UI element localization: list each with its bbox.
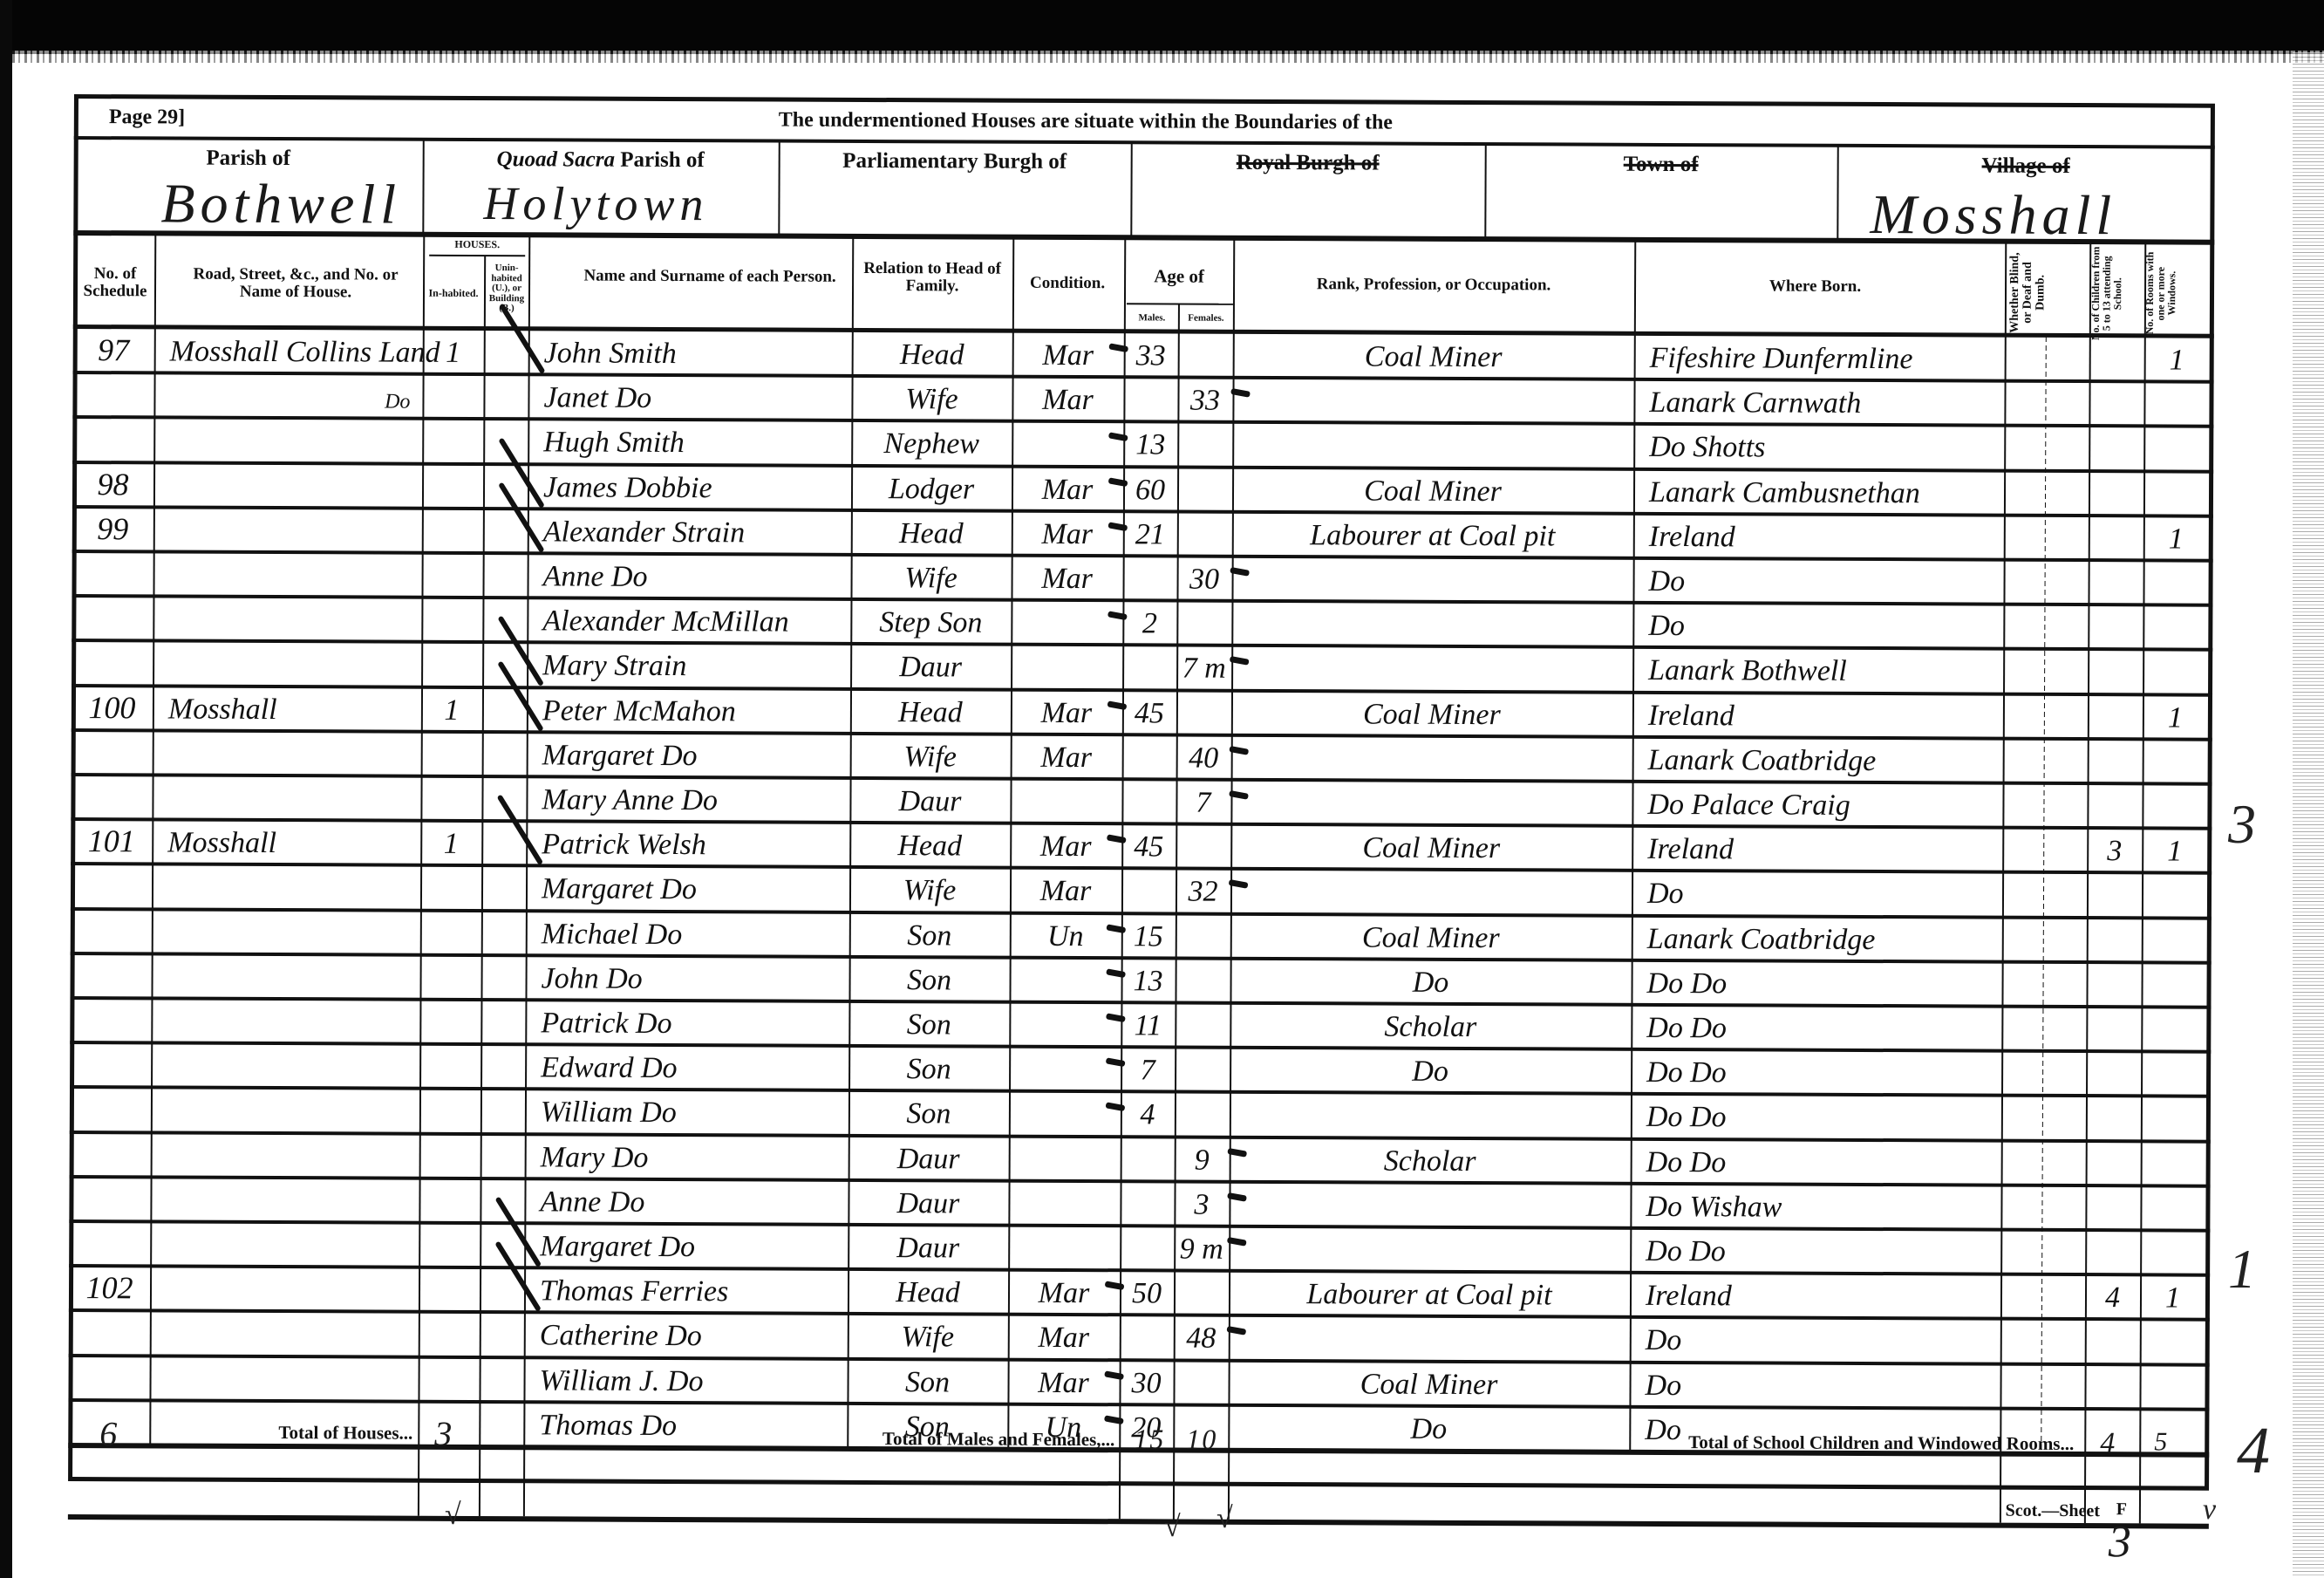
cell-relation: Son xyxy=(848,1046,1009,1090)
cell-road xyxy=(166,1267,419,1311)
cell-inhabited xyxy=(419,1089,480,1132)
cell-rooms xyxy=(2140,1320,2205,1363)
cell-occupation: Labourer at Coal pit xyxy=(1229,1271,1630,1316)
cell-rooms xyxy=(2140,1185,2205,1229)
cell-occupation: Scholar xyxy=(1230,1003,1631,1049)
boundary-parish-value: Bothwell xyxy=(160,171,401,236)
cell-female-age: 3 xyxy=(1174,1181,1229,1225)
cell-born: Lanark Bothwell xyxy=(1648,647,2003,693)
cell-name: William J. Do xyxy=(539,1357,847,1403)
cell-occupation: Coal Miner xyxy=(1232,467,1633,512)
cell-name: Margaret Do xyxy=(540,1223,848,1268)
cell-occupation xyxy=(1230,780,1632,825)
cell-inhabited: 1 xyxy=(423,330,484,373)
cell-born: Do Do xyxy=(1646,1049,2001,1095)
cell-male-age xyxy=(1123,377,1177,420)
cell-born: Do xyxy=(1646,1317,2000,1363)
cell-inhabited xyxy=(421,732,482,775)
cell-children xyxy=(2089,516,2143,559)
cell-male-age xyxy=(1122,734,1176,778)
cell-female-age: 40 xyxy=(1176,734,1231,778)
cell-rooms xyxy=(2141,1096,2206,1140)
cell-female-age xyxy=(1173,1360,1228,1404)
cell-inhabited xyxy=(422,463,483,507)
cell-schedule xyxy=(69,1177,150,1220)
cell-schedule xyxy=(71,909,152,953)
col-header-females: Females. xyxy=(1179,314,1233,324)
cell-schedule xyxy=(72,640,153,684)
cell-relation: Head xyxy=(849,823,1010,867)
cell-inhabited xyxy=(419,1223,480,1267)
boundary-parish-label: Parish of xyxy=(74,147,423,171)
totals-schedules: 6 xyxy=(99,1413,119,1454)
col-header-name: Name and Surname of each Person. xyxy=(562,267,858,285)
cell-children xyxy=(2089,337,2144,380)
cell-female-age: 32 xyxy=(1176,869,1230,912)
cell-occupation xyxy=(1230,869,1632,914)
cell-rooms xyxy=(2140,1230,2205,1274)
cell-name: Edward Do xyxy=(541,1045,848,1090)
cell-rooms xyxy=(2143,427,2209,470)
cell-name: Anne Do xyxy=(540,1178,848,1224)
cell-condition: Mar xyxy=(1012,466,1123,510)
cell-condition: Mar xyxy=(1011,556,1122,600)
cell-children xyxy=(2086,1007,2141,1050)
cell-condition xyxy=(1009,1047,1121,1091)
boundary-quoad-sacra-label: Quoad Sacra Parish of xyxy=(423,148,779,173)
cell-condition: Mar xyxy=(1008,1315,1120,1359)
cell-schedule: 97 xyxy=(73,328,154,372)
cell-road: Do xyxy=(169,373,422,418)
cell-children xyxy=(2088,560,2143,604)
cell-female-age xyxy=(1175,1003,1230,1047)
cell-schedule xyxy=(70,998,151,1042)
cell-male-age: 45 xyxy=(1122,690,1176,734)
cell-schedule xyxy=(71,864,152,907)
cell-name: Alexander McMillan xyxy=(542,598,850,644)
cell-road xyxy=(167,1088,419,1132)
cell-female-age xyxy=(1176,690,1231,734)
cell-schedule xyxy=(72,417,153,461)
cell-road xyxy=(167,1043,419,1088)
cell-children xyxy=(2086,962,2141,1006)
cell-occupation xyxy=(1232,378,1633,423)
cell-inhabited xyxy=(422,509,483,552)
cell-children xyxy=(2084,1364,2139,1408)
cell-condition: Mar xyxy=(1012,377,1123,421)
cell-name: Michael Do xyxy=(542,911,849,956)
cell-born: Ireland xyxy=(1649,514,2004,559)
cell-schedule: 98 xyxy=(72,462,153,506)
cell-occupation xyxy=(1231,735,1632,781)
cell-road xyxy=(168,730,421,775)
cell-children xyxy=(2086,1051,2141,1095)
boundary-parliamentary-burgh-label: Parliamentary Burgh of xyxy=(779,150,1131,174)
cell-inhabited xyxy=(421,598,482,641)
cell-rooms xyxy=(2143,605,2208,649)
cell-name: James Dobbie xyxy=(543,464,851,509)
cell-female-age: 7 m xyxy=(1176,646,1231,689)
cell-schedule: 99 xyxy=(72,507,153,550)
cell-rooms xyxy=(2139,1409,2205,1452)
cell-rooms xyxy=(2141,1052,2206,1096)
cell-road xyxy=(167,909,420,953)
col-header-occupation: Rank, Profession, or Occupation. xyxy=(1233,276,1634,295)
cell-condition xyxy=(1008,1180,1120,1225)
cell-name: Patrick Do xyxy=(541,1000,848,1045)
cell-inhabited xyxy=(419,1044,480,1088)
cell-schedule xyxy=(71,775,152,818)
margin-note-totals: 4 xyxy=(2237,1413,2270,1489)
cell-children: 4 xyxy=(2085,1274,2140,1318)
cell-female-age xyxy=(1177,422,1232,466)
scan-left-edge xyxy=(0,0,12,1578)
cell-road: Mosshall xyxy=(168,686,421,730)
cell-name: Alexander Strain xyxy=(543,509,851,554)
cell-female-age: 9 m xyxy=(1174,1226,1229,1270)
col-header-condition: Condition. xyxy=(1015,275,1120,292)
cell-occupation xyxy=(1231,601,1632,646)
cell-road xyxy=(166,1221,419,1266)
cell-schedule xyxy=(70,1132,151,1176)
cell-relation: Wife xyxy=(849,867,1010,912)
col-header-road: Road, Street, &c., and No. or Name of Ho… xyxy=(187,266,405,302)
cell-male-age xyxy=(1121,779,1176,823)
cell-occupation: Do xyxy=(1230,959,1631,1004)
cell-road xyxy=(169,418,422,462)
cell-road xyxy=(167,775,420,819)
cell-name: Janet Do xyxy=(543,375,851,420)
cell-occupation xyxy=(1230,1092,1631,1137)
cell-children: 3 xyxy=(2087,828,2142,871)
cell-children xyxy=(2088,739,2143,782)
cell-born: Do xyxy=(1648,558,2003,604)
tick-males: √ xyxy=(1164,1511,1181,1544)
cell-female-age xyxy=(1175,958,1230,1001)
cell-road xyxy=(165,1356,418,1400)
cell-relation: Wife xyxy=(848,1314,1008,1358)
cell-inhabited xyxy=(422,374,483,418)
cell-relation: Son xyxy=(849,912,1010,956)
cell-inhabited xyxy=(420,910,481,953)
cell-male-age: 2 xyxy=(1122,600,1176,644)
margin-note-row101: 3 xyxy=(2228,792,2256,857)
cell-rooms xyxy=(2143,471,2209,515)
cell-relation: Wife xyxy=(851,376,1012,420)
cell-name: Mary Strain xyxy=(542,643,850,688)
cell-road xyxy=(168,641,421,686)
col-header-houses: HOUSES. xyxy=(425,239,529,250)
cell-road xyxy=(169,507,422,551)
cell-schedule xyxy=(72,730,153,774)
totals-bottom-rule xyxy=(68,1514,2209,1529)
cell-condition: Mar xyxy=(1012,510,1123,555)
cell-road: Mosshall Collins Land xyxy=(170,328,423,372)
cell-condition: Mar xyxy=(1007,1359,1119,1404)
cell-condition xyxy=(1010,779,1121,823)
cell-children xyxy=(2085,1185,2140,1229)
cell-occupation: Coal Miner xyxy=(1230,913,1632,959)
cell-inhabited xyxy=(419,955,480,999)
cell-occupation: Coal Miner xyxy=(1228,1360,1629,1405)
cell-condition: Mar xyxy=(1011,689,1122,734)
cell-born: Do xyxy=(1647,871,2002,916)
cell-rooms: 1 xyxy=(2143,694,2208,738)
cell-schedule xyxy=(70,1087,151,1131)
cell-relation: Daur xyxy=(848,1180,1008,1225)
cell-name: Anne Do xyxy=(542,553,850,598)
cell-male-age xyxy=(1120,1315,1174,1359)
cell-female-age: 30 xyxy=(1176,557,1231,600)
page-label: Page 29] xyxy=(109,106,185,129)
cell-relation: Daur xyxy=(849,778,1010,823)
cell-rooms: 1 xyxy=(2143,516,2209,559)
cell-condition xyxy=(1009,1002,1121,1047)
cell-male-age: 60 xyxy=(1123,467,1177,510)
cell-born: Lanark Coatbridge xyxy=(1648,737,2003,782)
cell-name: Margaret Do xyxy=(542,866,849,912)
boundary-town-label: Town of xyxy=(1485,153,1837,177)
cell-male-age xyxy=(1122,556,1176,599)
tick-houses: √ xyxy=(445,1499,461,1532)
cell-rooms xyxy=(2143,560,2208,604)
cell-condition: Mar xyxy=(1008,1270,1120,1315)
cell-rooms xyxy=(2142,918,2207,961)
cell-condition xyxy=(1009,957,1121,1001)
margin-note-row102: 1 xyxy=(2228,1237,2256,1301)
totals-females-value: 10 xyxy=(1186,1424,1217,1456)
cell-relation: Son xyxy=(848,1001,1009,1046)
cell-female-age: 33 xyxy=(1177,378,1232,421)
tick-females: √ xyxy=(1217,1502,1233,1535)
quoad-sacra-prefix: Quoad Sacra xyxy=(497,147,616,172)
cell-born: Do Palace Craig xyxy=(1647,782,2002,827)
cell-schedule: 102 xyxy=(69,1266,150,1309)
col-header-born: Where Born. xyxy=(1634,277,1996,297)
cell-born: Do xyxy=(1648,603,2003,648)
cell-condition: Mar xyxy=(1011,734,1122,778)
cell-relation: Daur xyxy=(850,644,1011,688)
scan-right-edge-noise xyxy=(2293,52,2324,1578)
cell-male-age: 7 xyxy=(1121,1047,1175,1090)
cell-male-age: 50 xyxy=(1120,1270,1174,1314)
col-header-schedule: No. of Schedule xyxy=(77,265,153,300)
cell-male-age: 13 xyxy=(1121,958,1175,1001)
cell-male-age: 15 xyxy=(1121,913,1176,957)
quoad-sacra-suffix: Parish of xyxy=(620,148,705,172)
cell-rooms: 1 xyxy=(2140,1275,2205,1319)
totals-males-value: 15 xyxy=(1134,1423,1165,1455)
cell-rooms: 1 xyxy=(2142,829,2207,872)
cell-male-age xyxy=(1122,646,1176,689)
cell-male-age xyxy=(1120,1181,1174,1225)
cell-children xyxy=(2089,426,2143,469)
cell-condition: Un xyxy=(1010,912,1121,957)
cell-condition: Mar xyxy=(1010,823,1121,868)
cell-occupation xyxy=(1229,1315,1630,1361)
cell-name: Catherine Do xyxy=(540,1313,848,1358)
cell-female-age: 48 xyxy=(1174,1315,1229,1359)
totals-houses-value: 3 xyxy=(434,1413,453,1454)
cell-children xyxy=(2086,1141,2141,1185)
cell-relation: Nephew xyxy=(851,420,1012,465)
cell-occupation xyxy=(1232,422,1633,468)
cell-road xyxy=(167,864,420,909)
cell-rooms xyxy=(2143,739,2208,782)
cell-occupation: Coal Miner xyxy=(1233,333,1634,379)
cell-female-age xyxy=(1176,601,1231,645)
cell-occupation: Coal Miner xyxy=(1230,824,1632,870)
cell-male-age: 21 xyxy=(1123,511,1177,555)
cell-inhabited xyxy=(422,419,483,462)
cell-male-age: 11 xyxy=(1121,1002,1175,1046)
boundary-quoad-sacra-value: Holytown xyxy=(483,176,708,231)
scan-top-edge xyxy=(0,0,2324,54)
totals-children-value: 4 xyxy=(2100,1427,2116,1460)
col-header-males: Males. xyxy=(1127,313,1177,324)
cell-male-age: 45 xyxy=(1121,823,1176,867)
cell-relation: Daur xyxy=(848,1135,1009,1179)
totals-houses-label: Total of Houses... xyxy=(151,1422,412,1442)
cell-relation: Daur xyxy=(848,1225,1008,1269)
cell-born: Do Shotts xyxy=(1649,424,2004,469)
cell-born: Do Wishaw xyxy=(1646,1184,2000,1229)
cell-female-age xyxy=(1178,333,1233,377)
cell-children xyxy=(2086,1096,2141,1139)
cell-road xyxy=(168,597,421,641)
cell-relation: Lodger xyxy=(851,465,1012,509)
cell-occupation xyxy=(1231,557,1632,602)
cell-name: John Do xyxy=(541,955,848,1001)
col-header-inhabited: In-habited. xyxy=(424,288,483,299)
cell-children xyxy=(2087,872,2142,916)
cell-male-age xyxy=(1121,1137,1175,1180)
cell-male-age: 33 xyxy=(1124,332,1178,376)
cell-rooms xyxy=(2141,1141,2206,1185)
cell-inhabited xyxy=(421,642,482,686)
cell-schedule xyxy=(72,551,153,595)
cell-male-age: 30 xyxy=(1119,1360,1173,1404)
cell-male-age xyxy=(1120,1226,1174,1269)
cell-relation: Son xyxy=(848,1090,1009,1135)
cell-relation: Head xyxy=(852,331,1012,376)
scan-edge-noise xyxy=(0,51,2324,63)
cell-schedule xyxy=(69,1310,150,1354)
cell-born: Do Do xyxy=(1646,1094,2001,1139)
cell-road xyxy=(167,998,419,1042)
cell-occupation: Do xyxy=(1230,1048,1631,1093)
cell-schedule xyxy=(68,1356,149,1399)
cell-name: Peter McMahon xyxy=(542,687,850,733)
boundary-village-label: Village of xyxy=(1837,154,2215,179)
cell-inhabited xyxy=(421,553,482,597)
cell-schedule xyxy=(70,953,151,997)
cell-condition xyxy=(1009,1136,1121,1180)
cell-born: Do Do xyxy=(1646,960,2001,1006)
cell-condition xyxy=(1011,645,1122,689)
col-header-relation: Relation to Head of Family. xyxy=(858,260,1006,296)
cell-children xyxy=(2088,694,2143,738)
cell-female-age xyxy=(1177,467,1232,510)
cell-rooms xyxy=(2141,962,2206,1006)
col-header-uninhabited: Unin-habited (U.), or Building (B.) xyxy=(485,263,528,314)
cell-children xyxy=(2089,471,2143,515)
cell-male-age xyxy=(1121,869,1176,912)
cell-inhabited xyxy=(419,1133,480,1177)
cell-road xyxy=(167,1132,419,1177)
cell-schedule xyxy=(72,596,153,639)
cell-relation: Son xyxy=(847,1358,1007,1403)
cell-born: Ireland xyxy=(1647,826,2002,871)
totals-school-label: Total of School Children and Windowed Ro… xyxy=(1498,1431,2074,1453)
cell-children xyxy=(2085,1230,2140,1274)
cell-name: Patrick Welsh xyxy=(542,822,849,867)
cell-born: Do Do xyxy=(1646,1228,2000,1274)
cell-relation: Step Son xyxy=(850,599,1011,644)
cell-name: Thomas Ferries xyxy=(540,1268,848,1314)
cell-name: Mary Do xyxy=(541,1134,848,1179)
cell-name: William Do xyxy=(541,1090,848,1135)
cell-occupation xyxy=(1229,1226,1630,1272)
cell-children xyxy=(2087,918,2142,961)
cell-children xyxy=(2088,605,2143,648)
cell-rooms xyxy=(2142,783,2207,827)
col-header-children: No. of Children from 5 to 13 attending S… xyxy=(2090,246,2141,340)
cell-female-age: 9 xyxy=(1175,1137,1230,1180)
cell-occupation xyxy=(1231,646,1632,691)
census-sheet: Page 29] The undermentioned Houses are s… xyxy=(68,94,2215,1495)
cell-male-age: 4 xyxy=(1121,1092,1175,1136)
col-header-blind: Whether Blind, or Deaf and Dumb. xyxy=(2009,249,2088,337)
totals-rooms-value: 5 xyxy=(2154,1427,2169,1457)
cell-occupation xyxy=(1229,1182,1630,1227)
cell-female-age xyxy=(1176,824,1230,868)
cell-rooms: 1 xyxy=(2144,337,2210,380)
footer-sheet-number: 3 xyxy=(2109,1516,2133,1568)
col-header-age: Age of xyxy=(1127,266,1231,286)
cell-occupation: Coal Miner xyxy=(1231,690,1632,735)
cell-born: Fifeshire Dunfermline xyxy=(1650,335,2005,380)
cell-occupation: Scholar xyxy=(1230,1137,1631,1182)
cell-relation: Head xyxy=(851,510,1012,555)
cell-condition xyxy=(1011,600,1122,645)
cell-children xyxy=(2087,783,2142,827)
cell-born: Do Do xyxy=(1646,1138,2001,1184)
cell-schedule: 101 xyxy=(71,819,152,863)
cell-name: John Smith xyxy=(544,330,852,375)
cell-rooms xyxy=(2143,650,2208,693)
cell-road xyxy=(169,462,422,507)
cell-inhabited xyxy=(420,865,481,909)
cell-born: Do xyxy=(1645,1362,2000,1407)
cell-inhabited xyxy=(419,1312,480,1356)
cell-inhabited xyxy=(420,776,481,820)
cell-rooms xyxy=(2143,382,2209,426)
cell-condition xyxy=(1012,421,1123,466)
cell-relation: Son xyxy=(848,957,1009,1001)
cell-name: Mary Anne Do xyxy=(542,776,849,822)
tick-rooms: v xyxy=(2203,1493,2216,1527)
cell-schedule: 100 xyxy=(72,686,153,729)
cell-born: Lanark Coatbridge xyxy=(1647,915,2002,960)
cell-condition xyxy=(1009,1091,1121,1136)
cell-children xyxy=(2088,649,2143,693)
cell-road xyxy=(168,551,421,596)
cell-female-age: 7 xyxy=(1176,780,1230,823)
col-header-rooms: No. of Rooms with one or more Windows. xyxy=(2144,246,2195,340)
cell-inhabited xyxy=(419,1267,480,1311)
cell-born: Lanark Carnwath xyxy=(1649,379,2004,425)
